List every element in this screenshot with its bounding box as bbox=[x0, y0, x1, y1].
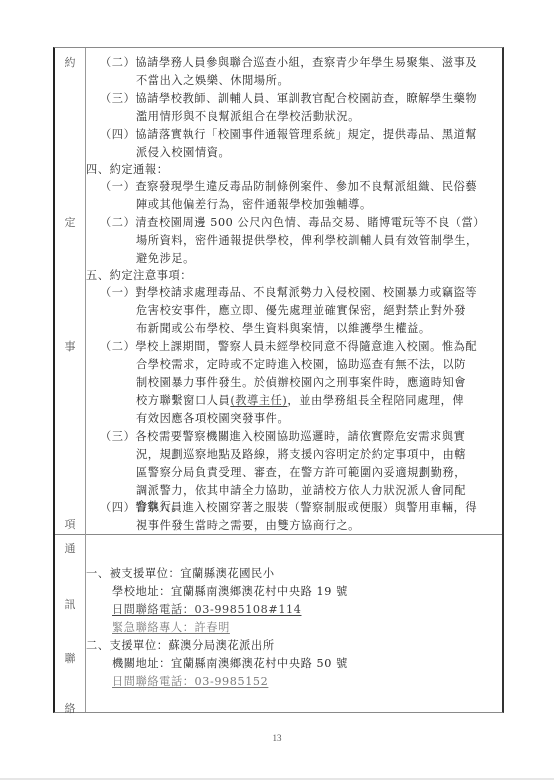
label-char: 絡 bbox=[55, 700, 85, 716]
page-number: 13 bbox=[0, 733, 554, 743]
clause-line: 有效因應各項校園突發事件。 bbox=[136, 410, 289, 427]
clause-line: （三）協請學校教師、訓輔人員、軍訓教官配合校園訪查，瞭解學生藥物 bbox=[100, 90, 477, 107]
clause-text: 校方聯繫窗口人員 bbox=[136, 394, 230, 407]
clause-line: 濫用情形與不良幫派組合在學校活動狀況。 bbox=[136, 108, 360, 125]
agreement-items-row: 約 定 事 項 （二）協請學務人員參與聯合巡查小組，查察青少年學生易聚集、滋事及… bbox=[55, 48, 502, 535]
supported-unit-day-phone: 日間聯絡電話：03-9985108#114 bbox=[112, 601, 301, 618]
label-char: 事 bbox=[55, 338, 85, 354]
clause-line: 危害校安事件，應立即、優先處理並確實保密，絕對禁止對外發 bbox=[136, 302, 466, 319]
contact-content: 一、被支援單位：宜蘭縣澳花國民小 學校地址：宜蘭縣南澳鄉澳花村中央路 19 號 … bbox=[86, 534, 498, 712]
label-char: 通 bbox=[55, 540, 85, 556]
clause-line: 視事件發生當時之需要，由雙方協商行之。 bbox=[136, 517, 360, 534]
agreement-items-label: 約 定 事 項 bbox=[55, 48, 86, 534]
clause-line: （四）協請落實執行「校園事件通報管理系統」規定，提供毒品、黑道幫 bbox=[100, 126, 477, 143]
clause-line: 校方聯繫窗口人員(教導主任)，並由學務組長全程陪同處理，俾 bbox=[136, 392, 464, 409]
clause-line: 派侵入校園情資。 bbox=[136, 144, 230, 161]
support-unit-heading: 二、支援單位：蘇澳分局澳花派出所 bbox=[86, 637, 275, 654]
clause-line: 場所資料，密件通報提供學校，俾利學校訓輔人員有效管制學生， bbox=[136, 232, 478, 249]
clause-line: （三）各校需要警察機關進入校園協助巡邏時，請依實際危安需求與實 bbox=[100, 428, 465, 445]
clause-text: ，並由學務組長全程陪同處理，俾 bbox=[287, 394, 464, 407]
supported-unit-heading: 一、被支援單位：宜蘭縣澳花國民小 bbox=[86, 565, 275, 582]
agreement-items-content: （二）協請學務人員參與聯合巡查小組，查察青少年學生易聚集、滋事及 不當出入之娛樂… bbox=[86, 48, 498, 534]
contact-window-underlined: (教導主任) bbox=[230, 394, 287, 407]
clause-line: （二）清查校園周邊 500 公尺內色情、毒品交易、賭博電玩等不良（當） bbox=[100, 214, 485, 231]
clause-line: 陣或其他偏差行為，密件通報學校加強輔導。 bbox=[136, 196, 372, 213]
clause-line: 調派警力，依其申請全力協助，並請校方依人力狀況派人會同配 bbox=[136, 482, 466, 499]
support-unit-address: 機關地址：宜蘭縣南澳鄉澳花村中央路 50 號 bbox=[112, 655, 348, 672]
clause-line: 制校園暴力事件發生。於偵辦校園內之刑事案件時，應適時知會 bbox=[136, 374, 466, 391]
clause-line: 布新聞或公布學校、學生資料與案情，以維護學生權益。 bbox=[136, 320, 431, 337]
clause-line: （二）協請學務人員參與聯合巡查小組，查察青少年學生易聚集、滋事及 bbox=[100, 54, 477, 71]
page-bottom-edge bbox=[0, 778, 554, 780]
section-heading-notes: 五、約定注意事項： bbox=[86, 267, 192, 284]
clause-item-4: （四）警察人員進入校園穿著之服裝（警察制服或便服）與警用車輛，得 bbox=[100, 499, 477, 516]
label-char: 項 bbox=[55, 516, 85, 532]
clause-line: 況，規劃巡察地點及路線，將支援內容明定於約定事項中，由轄 bbox=[136, 446, 466, 463]
label-char: 聯 bbox=[55, 650, 85, 666]
clause-line: 合學校需求，定時或不定時進入校園，協助巡查有無不法，以防 bbox=[136, 356, 466, 373]
clause-line: 區警察分局負責受理、審查，在警方許可範圍內妥適規劃勤務， bbox=[136, 464, 466, 481]
label-char: 訊 bbox=[55, 596, 85, 612]
section-heading-reporting: 四、約定通報： bbox=[86, 161, 169, 178]
contact-row: 通 訊 聯 絡 一、被支援單位：宜蘭縣澳花國民小 學校地址：宜蘭縣南澳鄉澳花村中… bbox=[55, 534, 502, 712]
supported-unit-address: 學校地址：宜蘭縣南澳鄉澳花村中央路 19 號 bbox=[112, 583, 348, 600]
supported-unit-emergency-contact: 緊急聯絡專人：許春明 bbox=[112, 619, 230, 636]
agreement-table: 約 定 事 項 （二）協請學務人員參與聯合巡查小組，查察青少年學生易聚集、滋事及… bbox=[53, 47, 504, 713]
document-page: 約 定 事 項 （二）協請學務人員參與聯合巡查小組，查察青少年學生易聚集、滋事及… bbox=[0, 0, 554, 782]
clause-line: 避免涉足。 bbox=[136, 250, 195, 267]
support-unit-day-phone: 日間聯絡電話：03-9985152 bbox=[112, 673, 268, 690]
clause-line: （二）學校上課期間，警察人員未經學校同意不得隨意進入校園。惟為配 bbox=[100, 338, 477, 355]
clause-line: （一）查察發現學生違反毒品防制條例案件、參加不良幫派組織、民俗藝 bbox=[100, 178, 477, 195]
contact-label: 通 訊 聯 絡 bbox=[55, 534, 86, 712]
label-char: 約 bbox=[55, 54, 85, 70]
clause-line: 不當出入之娛樂、休閒場所。 bbox=[136, 72, 289, 89]
clause-line: （一）對學校請求處理毒品、不良幫派勢力入侵校園、校園暴力或竊盜等 bbox=[100, 284, 477, 301]
label-char: 定 bbox=[55, 214, 85, 230]
